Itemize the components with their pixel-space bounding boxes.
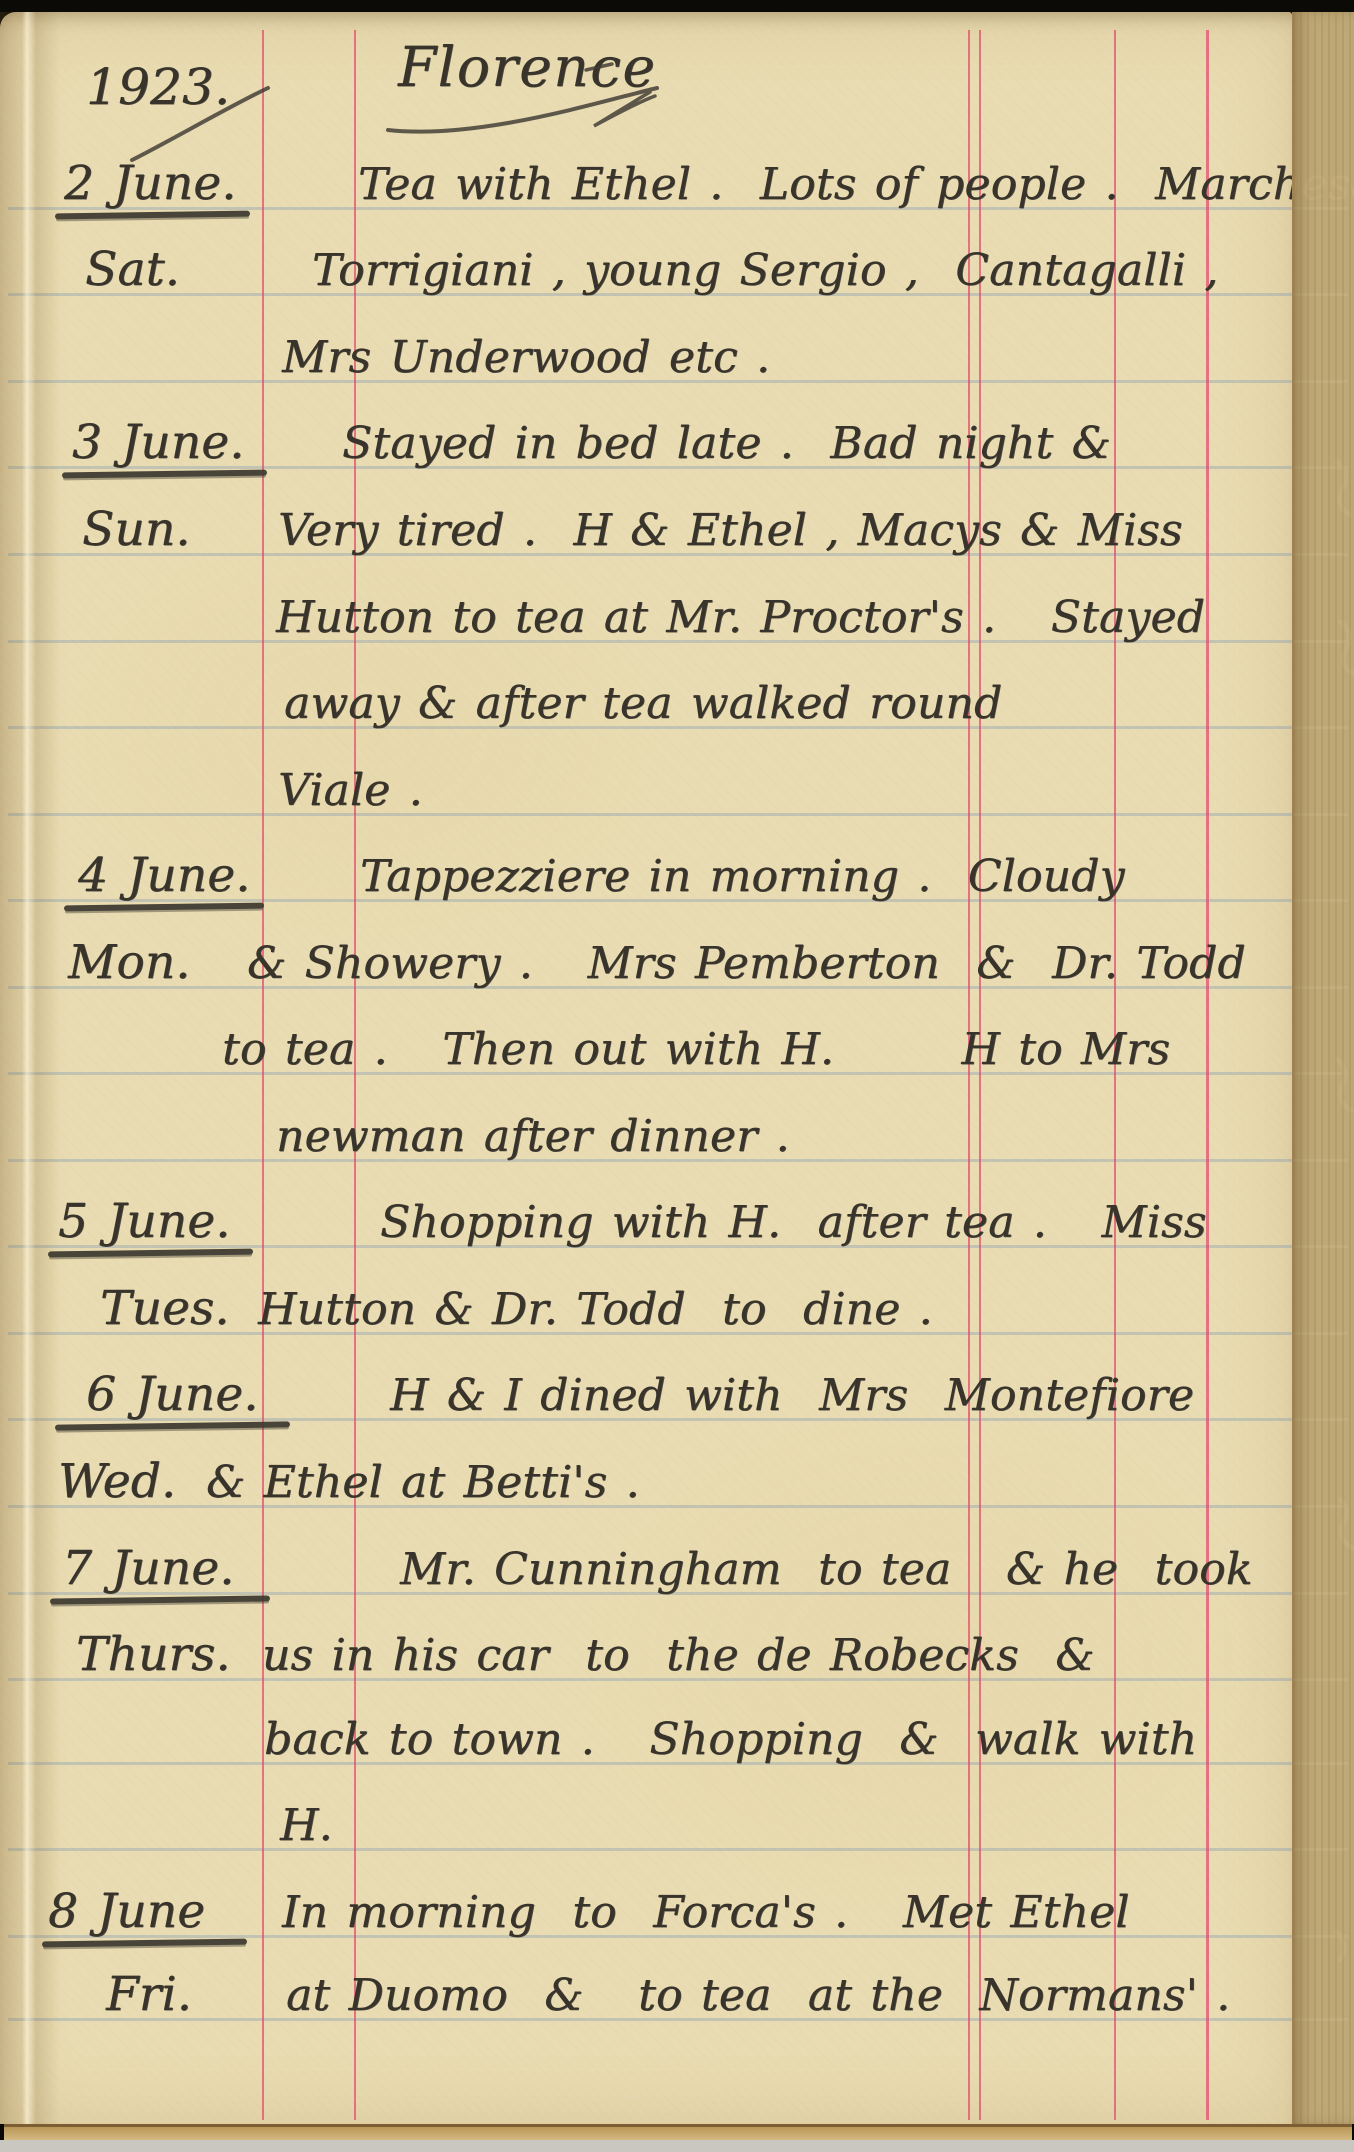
entry-date: 4 June. — [78, 852, 250, 899]
margin-line — [1114, 30, 1116, 2120]
entry-text: Hutton & Dr. Todd to dine . — [258, 1288, 933, 1332]
entry-text: Very tired . H & Ethel , Macys & Miss — [278, 509, 1183, 553]
entry-text: Viale . — [278, 769, 423, 813]
ruled-line — [8, 1848, 1348, 1851]
margin-line — [968, 30, 970, 2120]
scanned-notebook-page: 1923. Florence 2 June.Tea with Ethel . L… — [0, 0, 1354, 2152]
entry-text: Hutton to tea at Mr. Proctor's . Stayed — [276, 596, 1205, 640]
entry-date: 2 June. — [64, 160, 236, 207]
entry-day: Thurs. — [76, 1631, 231, 1678]
margin-line — [262, 30, 264, 2120]
entry-text: Stayed in bed late . Bad night & — [342, 422, 1111, 466]
entry-text: Torrigiani , young Sergio , Cantagalli , — [312, 249, 1218, 293]
margin-line — [979, 30, 981, 2120]
entry-text: back to town . Shopping & walk with — [264, 1718, 1197, 1762]
entry-text: at Duomo & to tea at the Normans' . — [286, 1974, 1230, 2018]
entry-day: Tues. — [100, 1285, 230, 1332]
entry-date: 3 June. — [72, 419, 244, 466]
entry-text: Mr. Cunningham to tea & he took — [400, 1548, 1253, 1592]
entry-text: newman after dinner . — [276, 1115, 790, 1159]
page-stack-striations — [1293, 12, 1354, 2124]
entry-date: 7 June. — [62, 1545, 234, 1592]
entry-text: & Showery . Mrs Pemberton & Dr. Todd — [247, 942, 1246, 986]
entry-day: Sun. — [82, 506, 190, 553]
entry-text: H & I dined with Mrs Montefiore — [390, 1374, 1194, 1418]
entry-text: Mrs Underwood etc . — [282, 336, 770, 380]
entry-text: Shopping with H. after tea . Miss — [380, 1201, 1207, 1245]
entry-day: Sat. — [85, 246, 180, 293]
entry-text: H. — [280, 1804, 333, 1848]
header-year: 1923. — [86, 62, 230, 112]
entry-date: 6 June. — [86, 1371, 258, 1418]
entry-text: away & after tea walked round — [284, 682, 1002, 726]
page-title: Florence — [398, 40, 656, 95]
entry-text: In morning to Forca's . Met Ethel — [282, 1891, 1130, 1935]
entry-date: 5 June. — [58, 1198, 230, 1245]
margin-line — [1206, 30, 1209, 2120]
entry-text: Tea with Ethel . Lots of people . Marche… — [358, 163, 1354, 207]
entry-date: 8 June — [48, 1888, 205, 1935]
entry-day: Fri. — [106, 1971, 192, 2018]
scanner-background — [0, 2140, 1354, 2152]
entry-text: to tea . Then out with H. H to Mrs — [222, 1028, 1170, 1072]
entry-day: Wed. — [58, 1458, 176, 1505]
ruled-line — [8, 813, 1348, 816]
entry-text: & Ethel at Betti's . — [206, 1461, 640, 1505]
entry-text: us in his car to the de Robecks & — [262, 1634, 1095, 1678]
entry-text: Tappezziere in morning . Cloudy — [360, 855, 1125, 899]
page-stack-edge-right — [1292, 12, 1354, 2124]
entry-day: Mon. — [68, 939, 190, 986]
